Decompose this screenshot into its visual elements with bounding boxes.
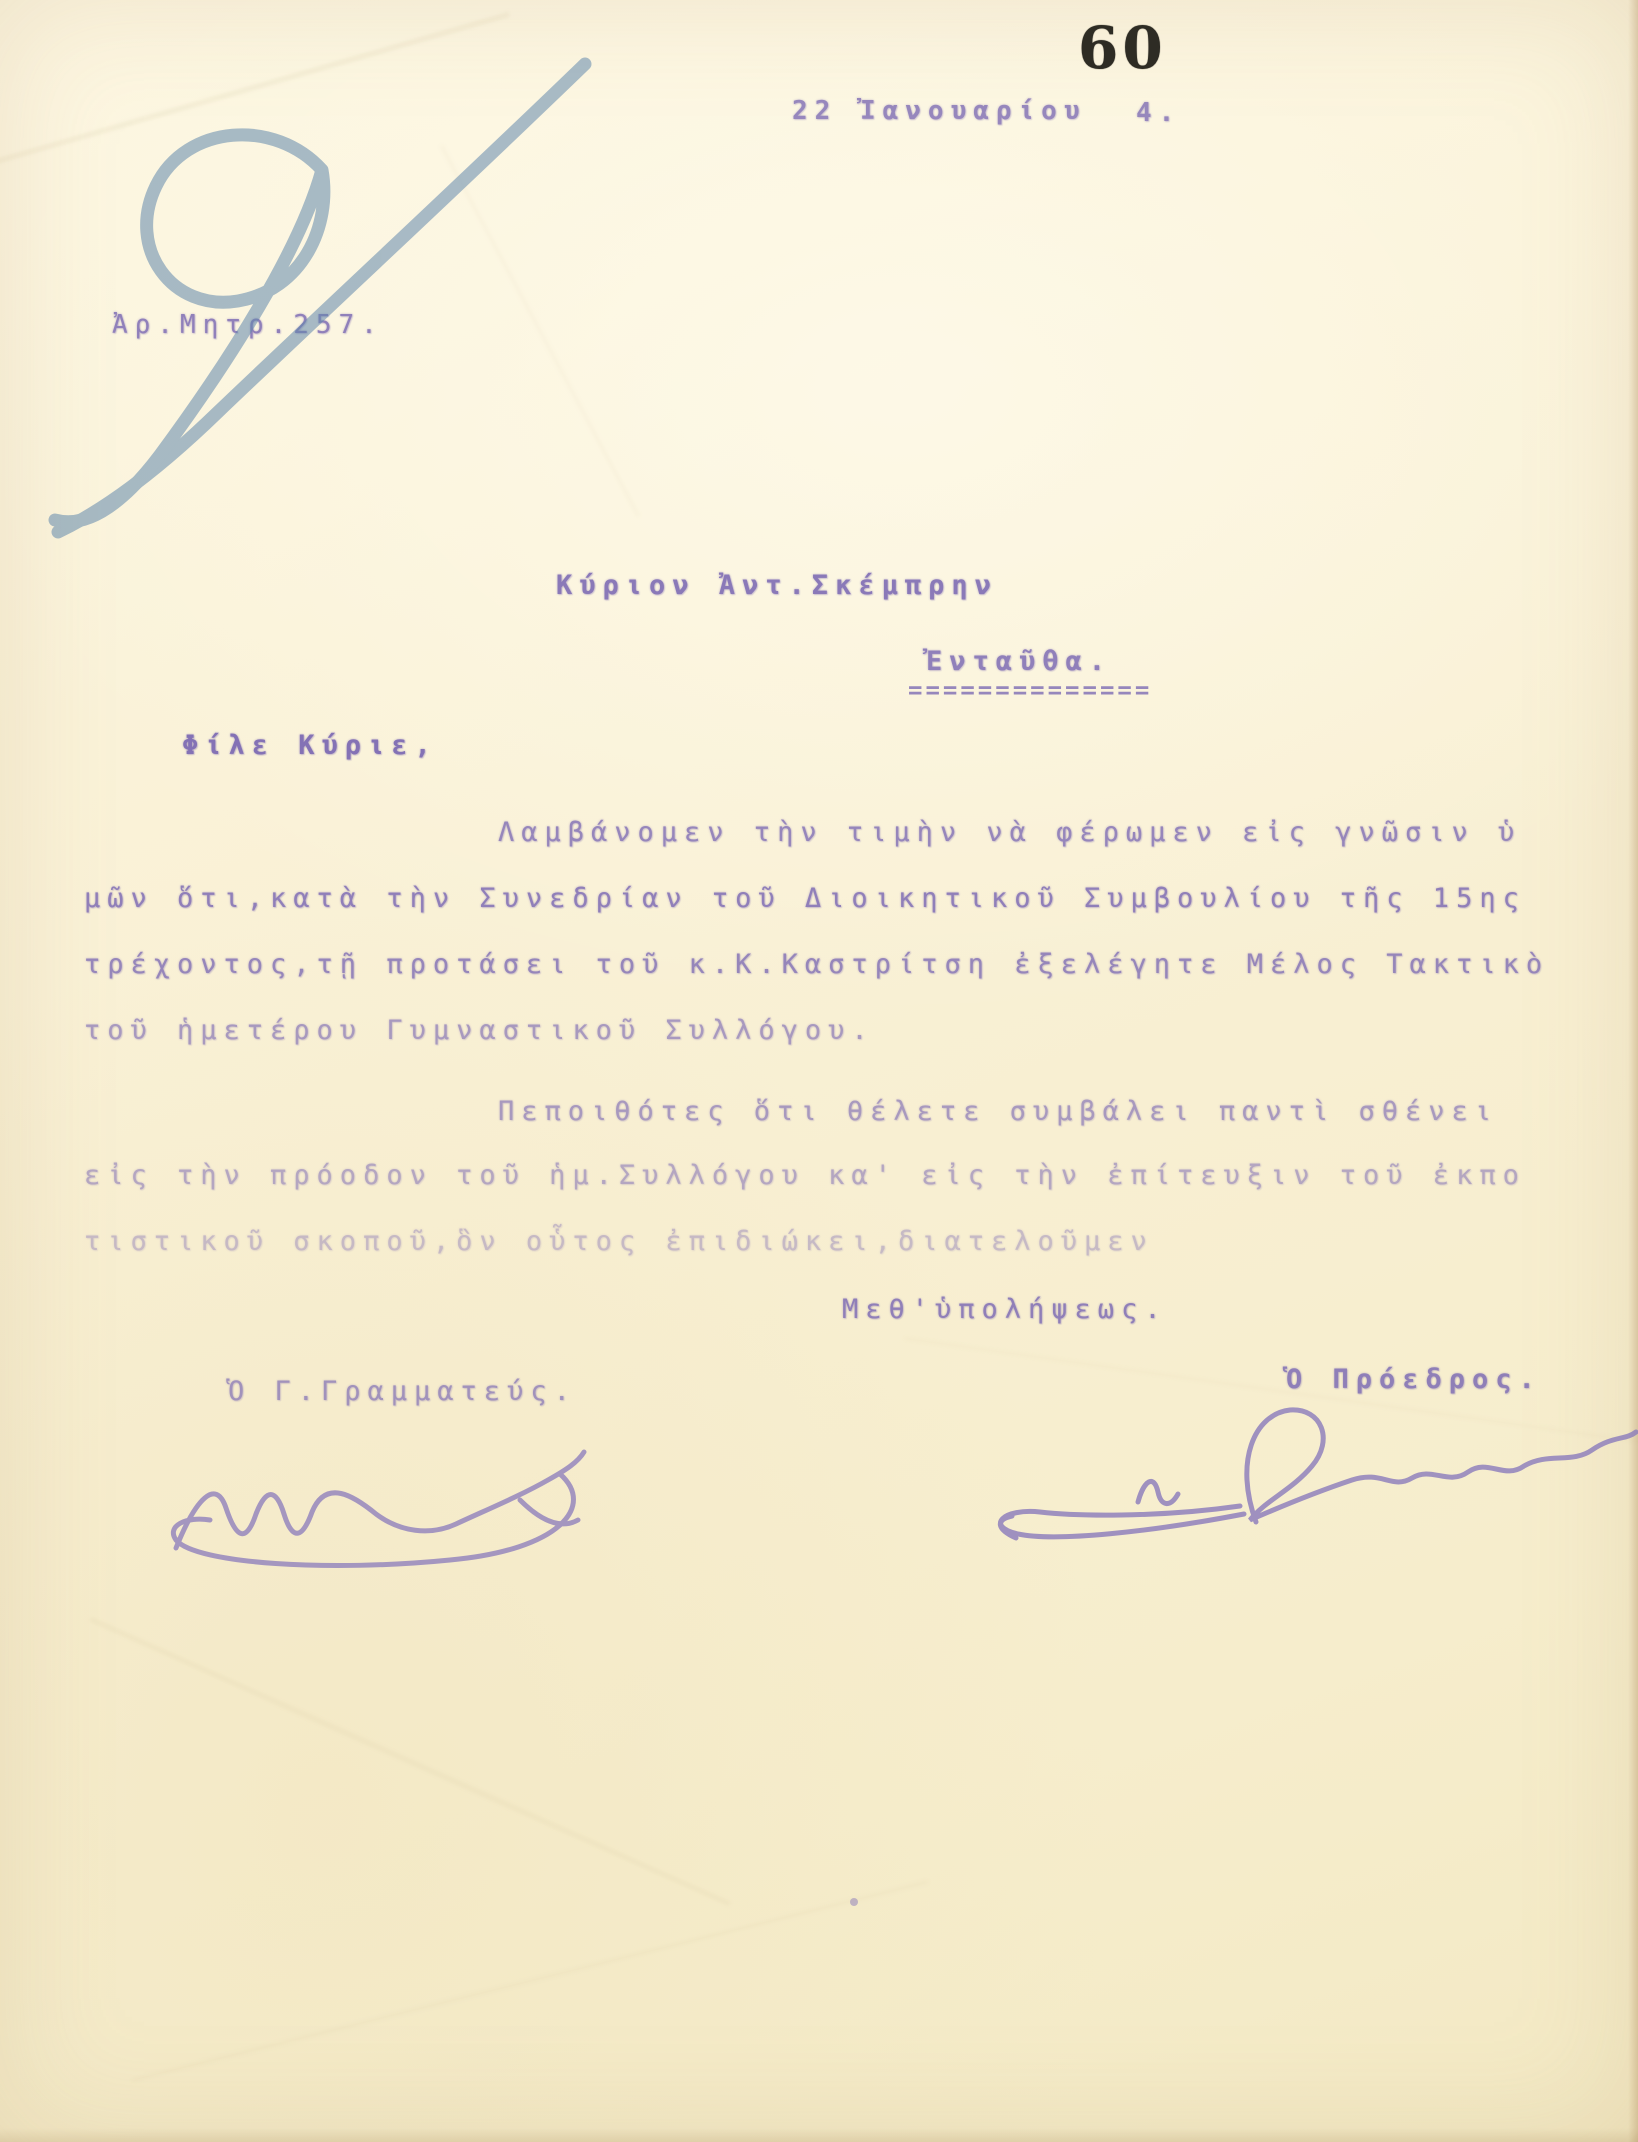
body-line: τοῦ ἡμετέρου Γυμναστικοῦ Συλλόγου. <box>84 1015 875 1046</box>
body-line: μῶν ὅτι,κατὰ τὴν Συνεδρίαν τοῦ Διοικητικ… <box>84 883 1526 914</box>
registry-number: Ἀρ.Μητρ.257. <box>112 310 384 340</box>
salutation: Φίλε Κύριε, <box>182 730 438 761</box>
paper-crease <box>441 145 640 517</box>
date-day-month: 22 Ἰανουαρίου <box>792 96 1087 126</box>
recipient-place: Ἐνταῦθα. <box>926 646 1112 677</box>
page-number-stamp: 60 <box>1078 14 1167 82</box>
scan-edge-shadow <box>1628 0 1638 2142</box>
body-line: Λαμβάνομεν τὴν τιμὴν νὰ φέρωμεν εἰς γνῶσ… <box>498 817 1521 848</box>
body-line: Πεποιθότες ὅτι θέλετε συμβάλει παντὶ σθέ… <box>498 1096 1498 1127</box>
date-year: 4. <box>1136 98 1181 128</box>
body-line: τιστικοῦ σκοποῦ,ὃν οὗτος ἐπιδιώκει,διατε… <box>84 1226 1154 1257</box>
secretary-title: Ὁ Γ.Γραμματεύς. <box>228 1376 577 1407</box>
blue-pencil-mark-icon <box>55 64 585 532</box>
body-line: τρέχοντος,τῇ προτάσει τοῦ κ.Κ.Καστρίτση … <box>84 949 1549 980</box>
paper-crease <box>132 1881 928 2081</box>
recipient-place-underline: ============== <box>908 676 1152 704</box>
president-title: Ὁ Πρόεδρος. <box>1286 1364 1542 1395</box>
recipient-name: Κύριον Ἀντ.Σκέμπρην <box>556 570 998 601</box>
closing-phrase: Μεθ'ὑπολήψεως. <box>842 1294 1168 1325</box>
paper-crease <box>904 1337 1638 1464</box>
scanned-letter-page: 60 22 Ἰανουαρίου 4. Ἀρ.Μητρ.257. Κύριον … <box>0 0 1638 2142</box>
paper-crease <box>90 1618 731 1905</box>
body-line: εἰς τὴν πρόοδον τοῦ ἡμ.Συλλόγου κα' εἰς … <box>84 1160 1526 1191</box>
ink-speck <box>850 1898 858 1906</box>
secretary-signature <box>173 1452 584 1566</box>
president-signature <box>1000 1410 1636 1538</box>
scan-edge-shadow <box>0 2128 1638 2142</box>
paper-crease <box>0 13 510 170</box>
